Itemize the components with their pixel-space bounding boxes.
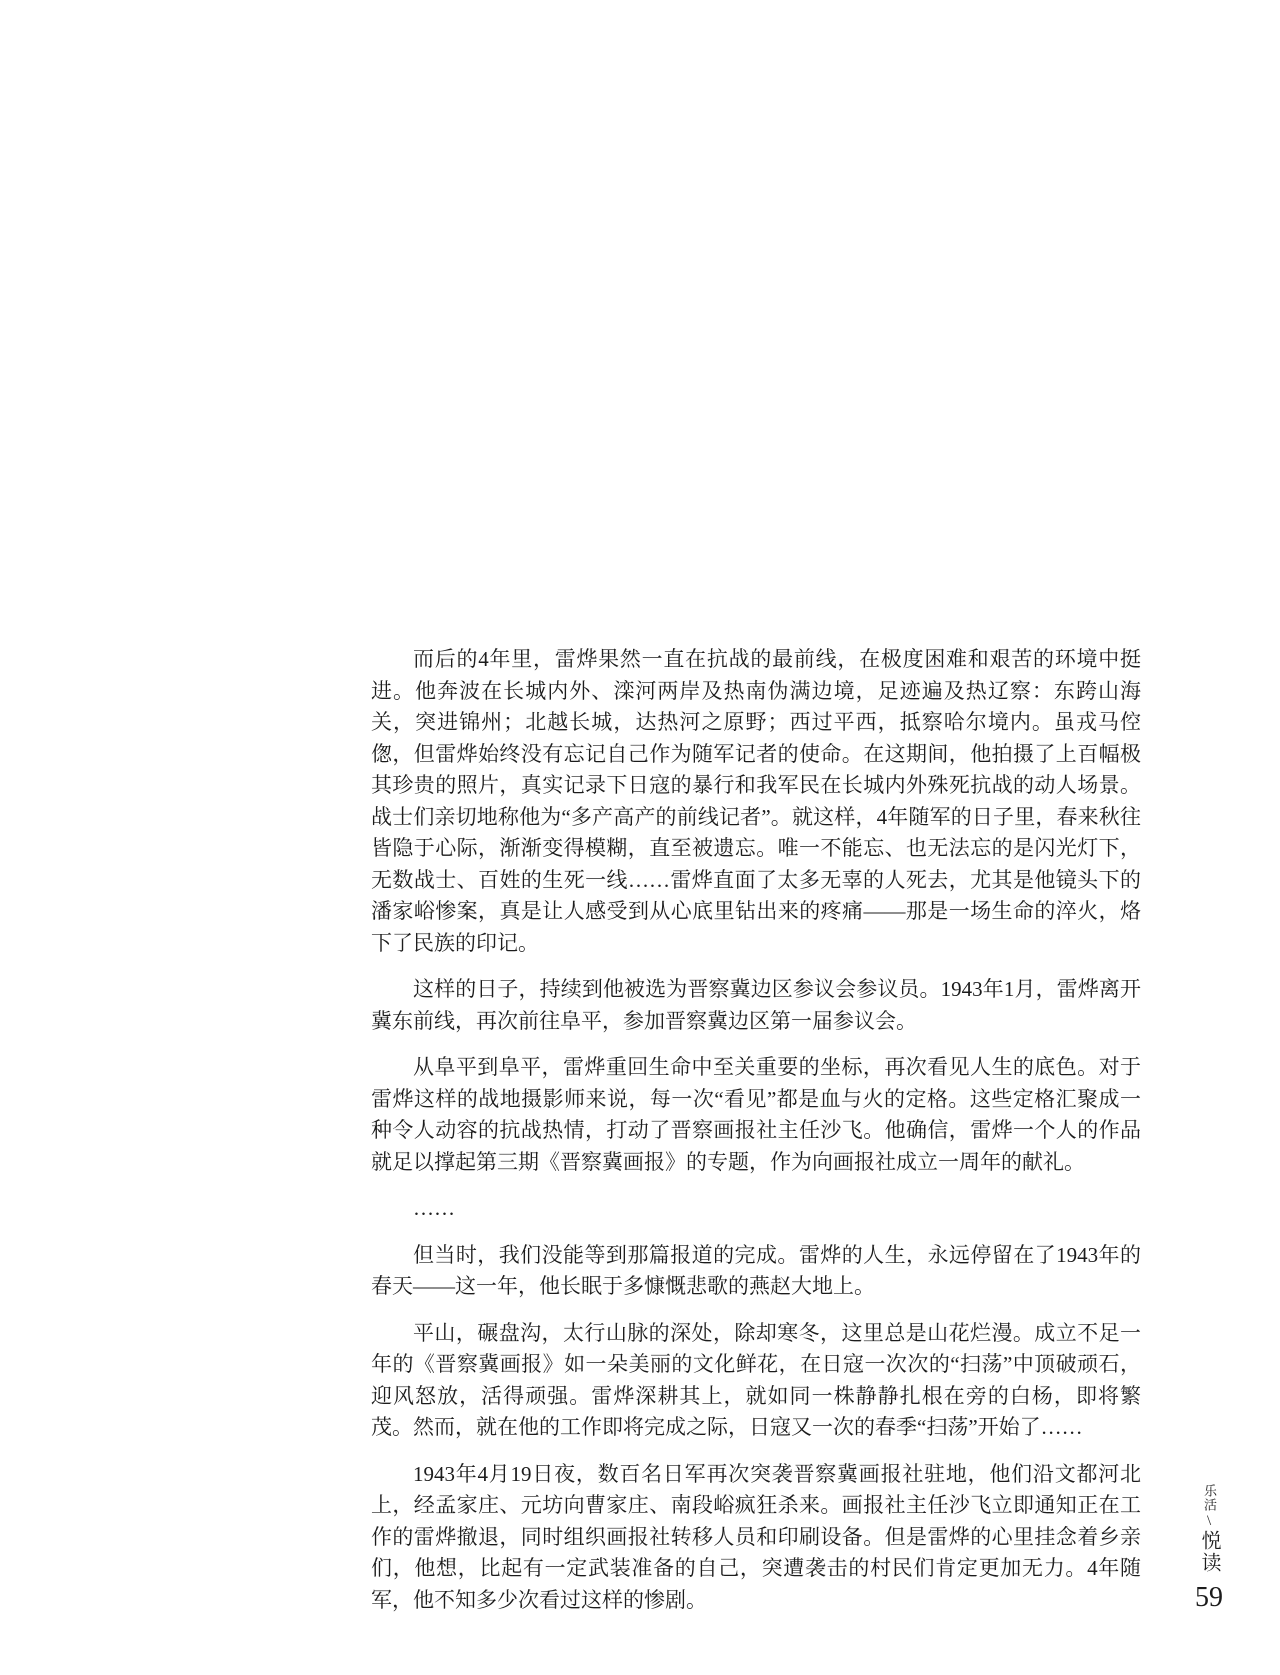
article-paragraph-2: 这样的日子，持续到他被选为晋察冀边区参议会参议员。1943年1月，雷烨离开冀东前… xyxy=(371,974,1141,1037)
article-paragraph-1: 而后的4年里，雷烨果然一直在抗战的最前线，在极度困难和艰苦的环境中挺进。他奔波在… xyxy=(371,644,1141,959)
article-paragraph-ellipsis: …… xyxy=(371,1193,1141,1225)
page-number: 59 xyxy=(1195,1583,1223,1613)
page-margin-rail: 乐活 / 悦读 59 xyxy=(1186,1484,1232,1613)
section-label-bottom: 悦读 xyxy=(1198,1530,1220,1574)
article-paragraph-6: 平山，碾盘沟，太行山脉的深处，除却寒冬，这里总是山花烂漫。成立不足一年的《晋察冀… xyxy=(371,1318,1141,1444)
section-label-top: 乐活 xyxy=(1202,1484,1216,1512)
article-paragraph-5: 但当时，我们没能等到那篇报道的完成。雷烨的人生，永远停留在了1943年的春天——… xyxy=(371,1240,1141,1303)
article-paragraph-7: 1943年4月19日夜，数百名日军再次突袭晋察冀画报社驻地，他们沿文都河北上，经… xyxy=(371,1459,1141,1617)
magazine-page: 而后的4年里，雷烨果然一直在抗战的最前线，在极度困难和艰苦的环境中挺进。他奔波在… xyxy=(0,0,1280,1675)
article-paragraph-3: 从阜平到阜平，雷烨重回生命中至关重要的坐标，再次看见人生的底色。对于雷烨这样的战… xyxy=(371,1052,1141,1178)
article-body: 而后的4年里，雷烨果然一直在抗战的最前线，在极度困难和艰苦的环境中挺进。他奔波在… xyxy=(371,644,1141,1616)
slash-separator: / xyxy=(1207,1514,1211,1529)
